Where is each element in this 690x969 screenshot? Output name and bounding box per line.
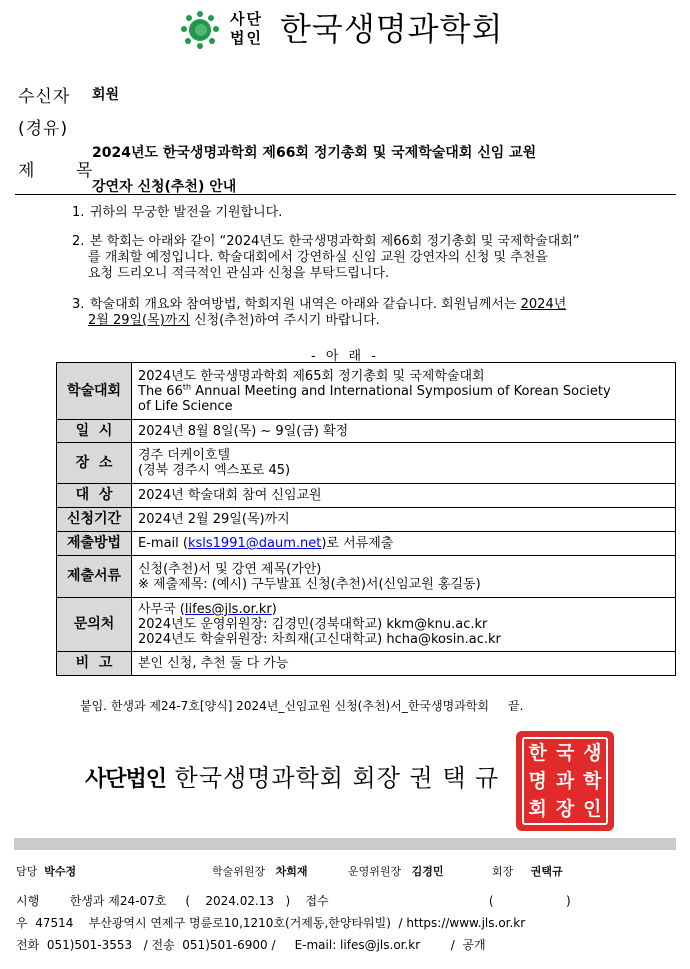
subject-line2: 강연자 신청(추천) 안내 [92,176,236,196]
org-type-line1: 사단 [230,10,263,29]
table-row: 일 시 2024년 8월 8일(목) ~ 9일(금) 확정 [57,420,676,443]
table-row: 제출서류 신청(추천)서 및 강연 제목(가안) ※ 제출제목: (예시) 구두… [57,556,676,598]
row-value: 경주 더케이호텔 (경북 경주시 엑스포로 45) [132,443,676,484]
subject-line1: 2024년도 한국생명과학회 제66회 정기총회 및 국제학술대회 신임 교원 [92,142,536,162]
row-value: 2024년 2월 29일(목)까지 [132,508,676,532]
approver-name: 김경민 [412,865,444,878]
row-label: 대 상 [57,484,132,508]
seal-char: 회 [524,795,551,823]
signature-text: 한국생명과학회 회장 권 택 규 [166,764,499,792]
org-type: 사단 법인 [230,10,263,48]
row-value: 본인 신청, 추천 둘 다 가능 [132,652,676,676]
value-line: (경북 경주시 엑스포로 45) [138,463,669,478]
value-line: 사무국 (lifes@jls.or.kr) [138,602,669,617]
table-row: 장 소 경주 더케이호텔 (경북 경주시 엑스포로 45) [57,443,676,484]
table-row: 신청기간 2024년 2월 29일(목)까지 [57,508,676,532]
row-value: 사무국 (lifes@jls.or.kr) 2024년도 운영위원장: 김경민(… [132,598,676,652]
paragraph-text: 학술대회 개요와 참여방법, 학회지원 내역은 아래와 같습니다. 회원님께서는 [90,297,521,312]
value-line: 경주 더케이호텔 [138,448,669,463]
approver-academic: 학술위원장 차희재 [212,863,308,879]
row-label: 문의처 [57,598,132,652]
submission-email-link[interactable]: ksls1991@daum.net [188,536,321,551]
paragraph-number: 3. [72,297,90,313]
seal-char: 인 [579,795,606,823]
approver-name: 박수정 [44,865,76,878]
recipient-value: 회원 [92,84,119,104]
value-line: 신청(추천)서 및 강연 제목(가안) [138,562,669,577]
value-text: The 66 [138,384,183,399]
row-label: 일 시 [57,420,132,443]
seal-char: 생 [579,739,606,767]
deadline-date: 2월 29일(목)까지 [88,313,190,328]
details-table: 학술대회 2024년도 한국생명과학회 제65회 정기총회 및 국제학술대회 T… [56,362,676,676]
table-row: 문의처 사무국 (lifes@jls.or.kr) 2024년도 운영위원장: … [57,598,676,652]
seal-char: 장 [551,795,578,823]
via-label: (경유) [18,114,68,139]
value-line: of Life Science [138,399,669,414]
paragraph-number: 1. [72,205,90,221]
org-type-line2: 법인 [230,29,263,48]
table-row: 대 상 2024년 학술대회 참여 신임교원 [57,484,676,508]
table-row: 제출방법 E-mail (ksls1991@daum.net)로 서류제출 [57,532,676,556]
footer-address-line: 우 47514 부산광역시 연제구 명륜로10,1210호(거제동,한양타워빌)… [16,914,525,931]
row-value: 신청(추천)서 및 강연 제목(가안) ※ 제출제목: (예시) 구두발표 신청… [132,556,676,598]
official-seal-icon: 한 국 생 명 과 학 회 장 인 [516,731,614,831]
approver-name: 권택규 [531,865,563,878]
approver-label: 회장 [492,865,513,878]
row-label: 장 소 [57,443,132,484]
org-name: 한국생명과학회 [280,8,503,50]
paragraph-text: 신청(추천)하여 주시기 바랍니다. [190,313,380,328]
value-line: 2024년도 한국생명과학회 제65회 정기총회 및 국제학술대회 [138,369,669,384]
row-value: 2024년도 한국생명과학회 제65회 정기총회 및 국제학술대회 The 66… [132,363,676,420]
row-value: E-mail (ksls1991@daum.net)로 서류제출 [132,532,676,556]
value-text: E-mail ( [138,536,188,551]
value-text: 사무국 ( [138,602,185,617]
paragraph-2: 2.본 학회는 아래와 같이 “2024년도 한국생명과학회 제66회 정기총회… [72,234,677,282]
paragraph-text: 를 개최할 예정입니다. 학술대회에서 강연하실 신임 교원 강연자의 신청 및… [72,250,677,266]
value-text: ) [272,602,277,617]
approver-label: 담당 [16,865,37,878]
footer-divider-band [14,838,676,850]
value-text: Annual Meeting and International Symposi… [191,384,611,399]
signature-prefix: 사단법인 [85,767,166,792]
paragraph-number: 2. [72,234,90,250]
row-label: 비 고 [57,652,132,676]
paragraph-3: 3.학술대회 개요와 참여방법, 학회지원 내역은 아래와 같습니다. 회원님께… [72,297,677,329]
paragraph-1: 1.귀하의 무궁한 발전을 기원합니다. [72,205,677,221]
row-label: 학술대회 [57,363,132,420]
seal-char: 국 [551,739,578,767]
approver-operations: 운영위원장 김경민 [348,863,444,879]
deadline-year: 2024년 [521,297,567,312]
paragraph-text: 본 학회는 아래와 같이 “2024년도 한국생명과학회 제66회 정기총회 및… [90,234,580,249]
approver-staff: 담당 박수정 [16,863,76,879]
footer-issue-line: 시행 한생과 제24-07호 ( 2024.02.13 ) 접수 ( ) [16,892,571,909]
office-email-link[interactable]: lifes@jls.or.kr [185,602,272,617]
table-row: 비 고 본인 신청, 추천 둘 다 가능 [57,652,676,676]
society-logo-icon [180,10,220,50]
row-label: 제출방법 [57,532,132,556]
row-label: 제출서류 [57,556,132,598]
paragraph-text: 귀하의 무궁한 발전을 기원합니다. [90,205,282,220]
seal-char: 명 [524,767,551,795]
ordinal-suffix: th [183,382,191,391]
approver-label: 운영위원장 [348,865,401,878]
approver-name: 차희재 [276,865,308,878]
seal-char: 과 [551,767,578,795]
recipient-label: 수신자 [18,82,70,107]
value-line: 2024년도 운영위원장: 김경민(경북대학교) kkm@knu.ac.kr [138,617,669,632]
footer-contact-line: 전화 051)501-3553 / 전송 051)501-6900 / E-ma… [16,936,486,953]
seal-char: 한 [524,739,551,767]
attachment-note: 붙임. 한생과 제24-7호[양식] 2024년_신임교원 신청(추천)서_한국… [80,697,523,714]
value-text: )로 서류제출 [321,536,393,551]
approver-president: 회장 권택규 [492,863,563,879]
approver-label: 학술위원장 [212,865,265,878]
row-value: 2024년 학술대회 참여 신임교원 [132,484,676,508]
value-line: 2024년도 학술위원장: 차희재(고신대학교) hcha@kosin.ac.k… [138,632,669,647]
signature-line: 사단법인 한국생명과학회 회장 권 택 규 [85,758,499,793]
paragraph-text: 요청 드리오니 적극적인 관심과 신청을 부탁드립니다. [72,266,677,282]
value-line: The 66th Annual Meeting and Internationa… [138,384,669,399]
seal-char: 학 [579,767,606,795]
title-divider [15,194,676,195]
row-value: 2024년 8월 8일(목) ~ 9일(금) 확정 [132,420,676,443]
value-line: ※ 제출제목: (예시) 구두발표 신청(추천)서(신임교원 홍길동) [138,577,669,592]
row-label: 신청기간 [57,508,132,532]
table-row: 학술대회 2024년도 한국생명과학회 제65회 정기총회 및 국제학술대회 T… [57,363,676,420]
